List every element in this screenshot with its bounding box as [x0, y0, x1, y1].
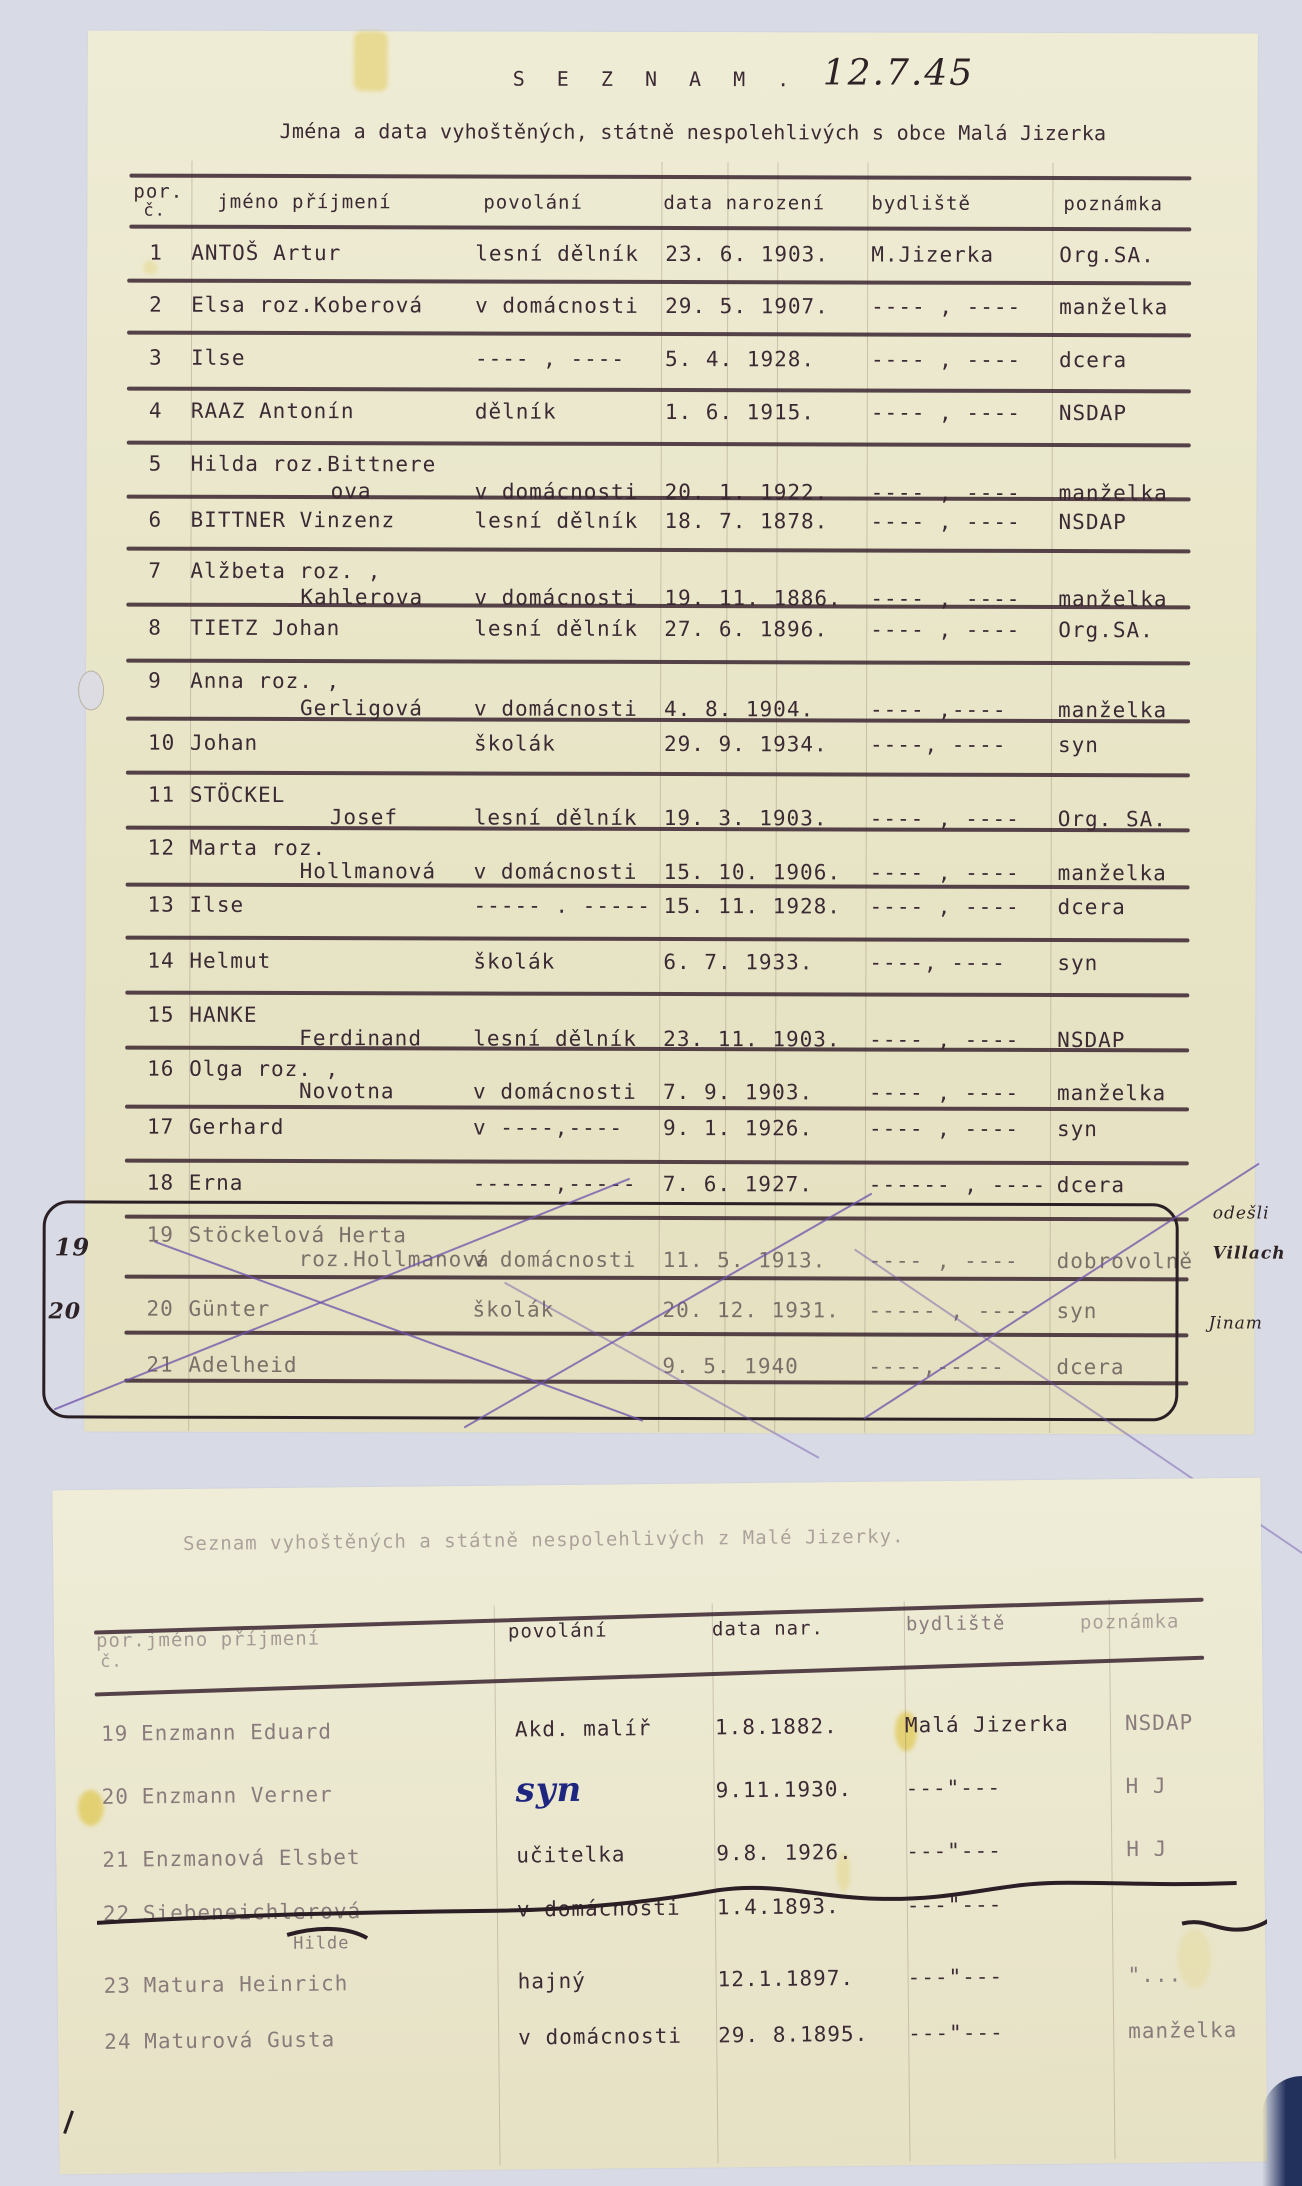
person-name: Marta roz. — [190, 836, 326, 860]
header-residence: bydliště — [871, 193, 971, 215]
table-row: 7 Alžbeta roz. , Kahlerova v domácnosti … — [88, 30, 1258, 33]
birth-date: 7. 9. 1903. — [663, 1080, 813, 1104]
person-name: Gerhard — [189, 1115, 285, 1139]
background-object — [1262, 2076, 1302, 2186]
document-sheet-2: Seznam vyhoštěných a státně nespolehlivý… — [52, 1478, 1267, 2175]
note: manželka — [1059, 295, 1168, 319]
handwritten-date: 12.7.45 — [823, 52, 975, 93]
residence: ---"--- — [908, 2020, 1004, 2045]
residence: ----, ---- — [870, 733, 1006, 757]
note: H J — [1126, 1837, 1167, 1861]
row-number: 24 — [104, 2030, 132, 2054]
occupation: syn — [515, 1770, 582, 1811]
row-rule — [126, 826, 1190, 833]
header-name: jméno příjmení — [146, 1628, 320, 1652]
row-number: 2 — [149, 293, 163, 317]
table-row: 5 Hilda roz.Bittnere ova v domácnosti 20… — [88, 30, 1258, 33]
birth-date: 1. 6. 1915. — [665, 400, 815, 424]
crossed-out-bracket — [42, 1200, 1179, 1421]
row-number: 8 — [148, 616, 162, 640]
note: Org.SA. — [1058, 618, 1154, 642]
person-name: Hilda roz.Bittnere — [191, 452, 437, 477]
birth-date: 12.1.1897. — [717, 1966, 854, 1991]
birth-date: 9. 1. 1926. — [663, 1116, 813, 1140]
residence: ---"--- — [907, 1964, 1003, 1989]
table-row: 24 Maturová Gusta v domácnosti 29. 8.189… — [52, 1478, 1260, 1491]
note: "... — [1127, 1963, 1182, 1988]
occupation: v domácnosti — [475, 293, 639, 317]
occupation: školák — [474, 731, 556, 755]
table-row: 22 Siebeneichlerová Hilde v domácnosti 1… — [52, 1478, 1260, 1491]
note: Org.SA. — [1059, 243, 1155, 267]
person-name: TIETZ Johan — [190, 616, 340, 640]
row-number: 13 — [148, 893, 175, 917]
note: dcera — [1059, 348, 1127, 372]
occupation: ----- . ----- — [474, 893, 651, 917]
birth-date: 23. 6. 1903. — [665, 242, 829, 266]
birth-date: 15. 10. 1906. — [664, 860, 841, 884]
row-rule — [125, 1046, 1189, 1053]
header-rule-bottom — [95, 1656, 1205, 1697]
birth-date: 1.8.1882. — [715, 1714, 838, 1739]
occupation: v domácnosti — [473, 1079, 637, 1103]
row-rule — [126, 659, 1190, 666]
person-name: Ilse — [190, 893, 245, 917]
person-name: Anna roz. , — [190, 669, 340, 693]
residence: ----, ---- — [869, 951, 1005, 975]
handwritten-number: 20 — [48, 1298, 81, 1324]
note: manželka — [1057, 1081, 1166, 1105]
row-number: 6 — [149, 508, 163, 532]
header-no: por. — [133, 181, 183, 203]
row-number: 17 — [147, 1115, 174, 1139]
row-rule — [127, 331, 1191, 338]
note: NSDAP — [1059, 510, 1127, 534]
row-number: 15 — [147, 1003, 174, 1027]
note: manželka — [1058, 861, 1167, 885]
table-row: 6 BITTNER Vinzenz lesní dělník 18. 7. 18… — [88, 30, 1258, 33]
header-birth-date: data narození — [663, 192, 825, 214]
row-number: 7 — [148, 559, 162, 583]
occupation: Akd. malíř — [515, 1716, 652, 1741]
table-row: 16 Olga roz. , Novotna v domácnosti 7. 9… — [88, 30, 1258, 33]
birth-date: 15. 11. 1928. — [664, 894, 841, 918]
residence: ---- , ---- — [871, 401, 1021, 425]
row-number: 11 — [148, 783, 175, 807]
residence: Malá Jizerka — [905, 1712, 1069, 1738]
note: dcera — [1057, 1173, 1125, 1197]
header-residence: bydliště — [906, 1612, 1006, 1635]
occupation: v domácnosti — [518, 2024, 682, 2050]
person-name: Enzmann Verner — [142, 1782, 333, 1808]
margin-note: Villach — [1213, 1243, 1286, 1263]
document-sheet-1: S E Z N A M . 12.7.45 Jména a data vyhoš… — [84, 30, 1258, 1434]
person-name-line2: ova — [331, 479, 372, 503]
margin-note: Jinam — [1208, 1313, 1263, 1333]
person-name: Matura Heinrich — [144, 1971, 349, 1997]
punch-hole — [78, 670, 104, 710]
birth-date: 5. 4. 1928. — [665, 347, 815, 371]
note: dcera — [1058, 895, 1126, 919]
residence: ---- , ---- — [870, 618, 1020, 642]
residence: ---- , ---- — [871, 295, 1021, 319]
person-name: Alžbeta roz. , — [190, 559, 381, 584]
person-name-line2: Novotna — [299, 1079, 395, 1103]
residence: ---"--- — [905, 1775, 1001, 1800]
handwritten-number: 19 — [55, 1232, 90, 1261]
note: manželka — [1128, 2018, 1237, 2043]
occupation: dělník — [475, 399, 557, 423]
person-name: Johan — [190, 731, 258, 755]
occupation: školák — [473, 949, 555, 973]
person-name: STÖCKEL — [190, 783, 286, 807]
row-rule — [127, 441, 1191, 448]
person-name: Olga roz. , — [189, 1057, 339, 1081]
table-row: 19 Enzmann Eduard Akd. malíř 1.8.1882. M… — [52, 1478, 1260, 1491]
note: syn — [1058, 733, 1099, 757]
row-rule — [127, 279, 1191, 286]
birth-date: 29. 5. 1907. — [665, 294, 829, 318]
residence: M.Jizerka — [871, 243, 994, 267]
occupation: lesní dělník — [475, 508, 639, 532]
header-note: poznámka — [1080, 1611, 1180, 1634]
occupation: v domácnosti — [474, 859, 638, 883]
row-rule — [127, 495, 1191, 502]
document-title: Seznam vyhoštěných a státně nespolehlivý… — [183, 1525, 905, 1555]
table-row: 20 Enzmann Verner syn 9.11.1930. ---"---… — [52, 1478, 1260, 1491]
table-row: 20 Günter školák 20. 12. 1931. ----- , -… — [88, 30, 1258, 33]
table-row: 1 ANTOŠ Artur lesní dělník 23. 6. 1903. … — [88, 30, 1258, 33]
row-number: 10 — [148, 731, 175, 755]
note: manželka — [1059, 481, 1168, 505]
note: H J — [1125, 1774, 1166, 1798]
document-subtitle: Jména a data vyhoštěných, státně nespole… — [280, 119, 1107, 145]
row-number: 3 — [149, 346, 163, 370]
row-rule — [126, 547, 1190, 554]
row-number: 12 — [148, 836, 175, 860]
row-rule — [125, 1159, 1189, 1166]
residence: ---"--- — [906, 1838, 1002, 1863]
person-name: RAAZ Antonín — [191, 399, 355, 423]
occupation: ---- , ---- — [475, 346, 625, 370]
table-row: 21 Adelheid 9. 5. 1940 ----,----- dcera — [88, 30, 1258, 33]
table-row: 9 Anna roz. , Gerligová v domácnosti 4. … — [88, 30, 1258, 33]
table-row: 8 TIETZ Johan lesní dělník 27. 6. 1896. … — [88, 30, 1258, 33]
header-no-2: č. — [100, 1652, 123, 1672]
header-no: por. — [96, 1629, 146, 1652]
document-title: S E Z N A M . — [513, 67, 800, 92]
occupation: učitelka — [516, 1842, 625, 1867]
residence: ---- , ---- — [871, 481, 1021, 505]
person-name-line2: Hollmanová — [300, 859, 436, 883]
table-row: 12 Marta roz. Hollmanová v domácnosti 15… — [88, 30, 1258, 33]
row-rule — [127, 387, 1191, 394]
header-birth-date: data nar. — [712, 1617, 824, 1640]
table-row: 2 Elsa roz.Koberová v domácnosti 29. 5. … — [88, 30, 1258, 33]
row-number: 23 — [104, 1974, 132, 1998]
occupation: v ----,---- — [473, 1115, 623, 1139]
row-number: 4 — [149, 399, 163, 423]
row-number: 16 — [147, 1057, 174, 1081]
residence: ---- , ---- — [870, 861, 1020, 885]
table-row: 15 HANKE Ferdinand lesní dělník 23. 11. … — [88, 30, 1258, 33]
row-number: 19 — [101, 1722, 129, 1746]
row-number: 1 — [149, 241, 163, 265]
birth-date: 29. 9. 1934. — [664, 732, 828, 756]
residence: ---- , ---- — [869, 1081, 1019, 1105]
table-row: 14 Helmut školák 6. 7. 1933. ----, ---- … — [88, 30, 1258, 33]
row-rule — [125, 1105, 1189, 1112]
person-name: HANKE — [189, 1003, 257, 1027]
occupation: lesní dělník — [474, 616, 638, 640]
row-rule — [126, 883, 1190, 890]
person-name: Enzmanová Elsbet — [142, 1845, 361, 1871]
header-occupation: povolání — [483, 192, 583, 214]
table-row: 3 Ilse ---- , ---- 5. 4. 1928. ---- , --… — [88, 30, 1258, 33]
header-occupation: povolání — [508, 1620, 608, 1643]
person-name: Erna — [189, 1171, 244, 1195]
birth-date: 27. 6. 1896. — [664, 617, 828, 641]
residence: ---- , ---- — [871, 348, 1021, 372]
person-name: Enzmann Eduard — [141, 1719, 332, 1745]
row-rule — [126, 603, 1190, 610]
residence: ---- , ---- — [871, 510, 1021, 534]
row-number: 14 — [147, 949, 174, 973]
person-name: Maturová Gusta — [144, 2027, 335, 2053]
person-name: Elsa roz.Koberová — [191, 293, 423, 318]
note: syn — [1057, 1117, 1098, 1141]
person-name: Ilse — [191, 346, 246, 370]
birth-date: 9.11.1930. — [716, 1777, 853, 1802]
row-rule — [125, 936, 1189, 943]
table-row: 21 Enzmanová Elsbet učitelka 9.8. 1926. … — [52, 1478, 1260, 1491]
person-name: ANTOŠ Artur — [191, 241, 341, 265]
birth-date: 18. 7. 1878. — [665, 509, 829, 533]
person-name: BITTNER Vinzenz — [191, 508, 396, 533]
residence: ---- , ---- — [869, 1117, 1019, 1141]
birth-date: 9.8. 1926. — [716, 1840, 853, 1865]
occupation: v domácnosti — [475, 479, 639, 503]
note: NSDAP — [1059, 401, 1127, 425]
strike-through-line — [97, 1873, 1268, 1965]
note: syn — [1057, 951, 1098, 975]
stain — [78, 1790, 104, 1826]
row-number: 20 — [102, 1785, 130, 1809]
residence: ---- , ---- — [870, 895, 1020, 919]
row-rule — [126, 771, 1190, 778]
occupation: hajný — [517, 1969, 585, 1994]
table-row: 17 Gerhard v ----,---- 9. 1. 1926. ---- … — [88, 30, 1258, 33]
margin-note: odešli — [1213, 1203, 1270, 1223]
row-number: 21 — [102, 1848, 130, 1872]
person-name: Helmut — [189, 949, 271, 973]
table-row: 10 Johan školák 29. 9. 1934. ----, ---- … — [88, 30, 1258, 33]
birth-date: 7. 6. 1927. — [663, 1172, 813, 1196]
birth-date: 29. 8.1895. — [718, 2022, 868, 2048]
occupation: lesní dělník — [475, 241, 639, 265]
table-row: 11 STÖCKEL Josef lesní dělník 19. 3. 190… — [88, 30, 1258, 33]
header-note: poznámka — [1063, 193, 1163, 215]
table-row: 18 Erna ------,----- 7. 6. 1927. ------ … — [88, 30, 1258, 33]
pen-mark — [63, 2110, 74, 2134]
table-row: 4 RAAZ Antonín dělník 1. 6. 1915. ---- ,… — [88, 30, 1258, 33]
row-rule — [125, 991, 1189, 998]
row-number: 5 — [149, 452, 163, 476]
residence: ------ , ---- — [869, 1173, 1046, 1197]
row-rule — [126, 717, 1190, 724]
table-row: 19 Stöckelová Herta roz.Hollmanová v dom… — [88, 30, 1258, 33]
stain — [354, 31, 388, 91]
header-name: jméno příjmení — [217, 191, 391, 213]
birth-date: 20. 1. 1922. — [665, 480, 829, 504]
header-no-2: č. — [143, 201, 166, 221]
row-number: 9 — [148, 669, 162, 693]
table-row: 23 Matura Heinrich hajný 12.1.1897. ---"… — [52, 1478, 1260, 1491]
table-row: 13 Ilse ----- . ----- 15. 11. 1928. ----… — [88, 30, 1258, 33]
birth-date: 6. 7. 1933. — [663, 950, 813, 974]
note: NSDAP — [1125, 1710, 1193, 1735]
row-number: 18 — [147, 1171, 174, 1195]
